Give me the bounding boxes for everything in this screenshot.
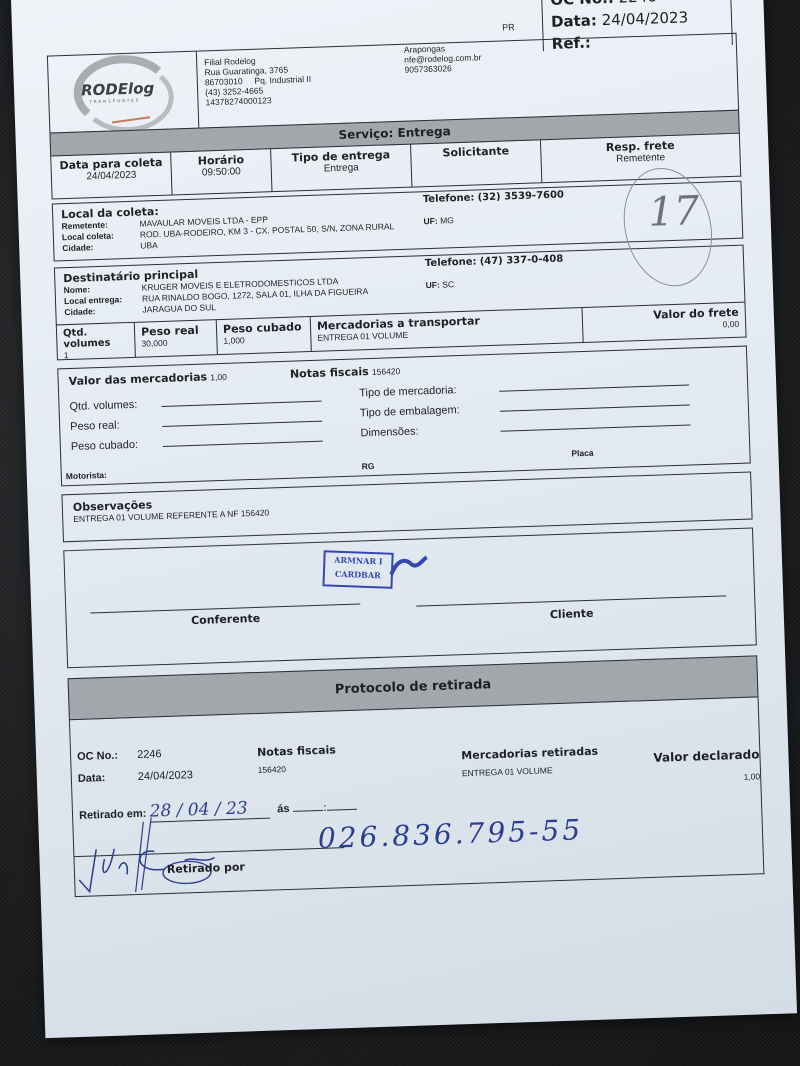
recipient-uf: UF: SC	[426, 279, 455, 290]
uf-value: MG	[440, 215, 454, 225]
cargo-weight: Peso real 30,000	[135, 320, 218, 357]
field-blank[interactable]	[162, 421, 322, 427]
field-blank[interactable]	[500, 404, 690, 411]
protocol-goods-label: Mercadorias retiradas	[461, 745, 598, 763]
checker-label: Conferente	[191, 612, 261, 627]
branch-info: Filial Rodelog Rua Guaratinga, 3765 8670…	[204, 54, 312, 107]
handwritten-signature-icon	[73, 814, 275, 897]
protocol-oc-label: OC No.:	[77, 744, 138, 768]
protocol-invoices: Notas fiscais 156420	[257, 743, 337, 775]
declared-label: Valor declarado	[653, 747, 759, 765]
invoices-value: 156420	[372, 366, 401, 377]
invoices-label: Notas fiscais	[290, 365, 369, 381]
client-signature[interactable]: Cliente	[416, 595, 726, 625]
signatures-section: ARMNAR I CARDBAR Conferente Cliente	[63, 527, 757, 668]
uf-value: SC	[442, 279, 454, 289]
cargo-cubed: Peso cubado 1,000	[217, 317, 312, 354]
service-col-requester: Solicitante	[411, 140, 542, 186]
branch-cnpj: 14378274000123	[205, 94, 312, 108]
protocol-goods-value: ENTREGA 01 VOLUME	[462, 764, 599, 779]
protocol-goods: Mercadorias retiradas ENTREGA 01 VOLUME	[461, 745, 599, 779]
client-label: Cliente	[550, 607, 594, 621]
circled-pencil-number: 17	[648, 188, 700, 236]
date-label: Data:	[551, 11, 597, 31]
qty-label: Qtd. volumes	[63, 326, 129, 350]
goods-value: 1,00	[210, 372, 227, 383]
protocol-section: OC No.:2246 Data:24/04/2023 Notas fiscai…	[69, 697, 764, 897]
phone-label: Telefone:	[425, 256, 477, 269]
protocol-oc: OC No.:2246 Data:24/04/2023	[77, 742, 193, 790]
protocol-oc-value: 2246	[137, 748, 162, 761]
contact-info: Arapongas nfe@rodelog.com.br 9057363026	[404, 42, 482, 75]
protocol-invoices-value: 156420	[258, 762, 337, 775]
driver-label: Motorista:	[66, 470, 107, 481]
rg-label: RG	[361, 461, 374, 471]
stamp-line2: CARDBAR	[325, 566, 391, 582]
withdrawn-by-label: Retirado por	[167, 860, 245, 876]
uf-label: UF:	[426, 280, 440, 290]
uf-label: UF:	[423, 216, 437, 226]
minute-blank[interactable]	[327, 809, 357, 811]
pickup-city-label: Cidade:	[62, 241, 140, 255]
date-value: 24/04/2023	[601, 8, 688, 29]
protocol-date-label: Data:	[78, 766, 139, 790]
cubed-label: Peso cubado	[223, 320, 304, 336]
field-blank[interactable]	[162, 401, 322, 407]
col-value: 09:50:00	[178, 165, 265, 179]
recipient-city-label: Cidade:	[64, 305, 142, 319]
stamp-scribble-icon	[389, 553, 430, 580]
field-label: Peso cubado:	[71, 434, 164, 457]
cargo-qty: Qtd. volumes 1	[57, 323, 136, 360]
field-blank[interactable]	[163, 441, 323, 447]
goods-value-label: Valor das mercadorias	[68, 370, 207, 388]
protocol-declared: Valor declarado 1,00	[653, 747, 760, 784]
service-col-time: Horário 09:50:00	[171, 149, 272, 194]
state-code: PR	[502, 22, 515, 32]
plate-label: Placa	[571, 448, 594, 459]
goods-values-section: Valor das mercadorias 1,00 Notas fiscais…	[57, 346, 751, 487]
right-fields: Tipo de mercadoria: Tipo de embalagem: D…	[359, 371, 741, 444]
logo-text: RODElog	[81, 79, 155, 99]
checker-signature[interactable]: Conferente	[90, 604, 360, 631]
left-fields: Qtd. volumes: Peso real: Peso cubado:	[69, 388, 351, 457]
field-blank[interactable]	[501, 424, 691, 431]
logo-area: RODElog TRANSPORTES	[48, 52, 199, 133]
pickup-uf: UF: MG	[423, 215, 454, 226]
at-label: ás	[277, 803, 290, 815]
col-label: Solicitante	[417, 143, 534, 160]
cubed-value: 1,000	[223, 333, 304, 346]
protocol-invoices-label: Notas fiscais	[257, 743, 336, 759]
delivery-form: RODElog TRANSPORTES Filial Rodelog Rua G…	[47, 33, 765, 897]
oc-value: 2246	[618, 0, 657, 7]
protocol-date-value: 24/04/2023	[138, 769, 193, 783]
contact-ie: 9057363026	[404, 62, 481, 75]
cargo-freight: Valor do frete 0,00	[583, 303, 746, 342]
field-blank[interactable]	[499, 384, 689, 391]
company-stamp: ARMNAR I CARDBAR	[322, 550, 393, 589]
weight-value: 30,000	[141, 336, 210, 348]
field-label: Dimensões:	[360, 419, 501, 444]
hour-blank[interactable]	[293, 810, 323, 812]
delivery-order-paper: OC No.: 2246 Data: 24/04/2023 Ref.: PR R…	[11, 0, 797, 1038]
handwritten-document-number: 026.836.795-55	[317, 813, 583, 855]
declared-value: 1,00	[654, 771, 760, 785]
service-col-delivery-type: Tipo de entrega Entrega	[271, 145, 412, 192]
oc-label: OC No.:	[550, 0, 614, 9]
service-col-date: Data para coleta 24/04/2023	[51, 153, 172, 199]
phone-label: Telefone:	[423, 192, 475, 205]
